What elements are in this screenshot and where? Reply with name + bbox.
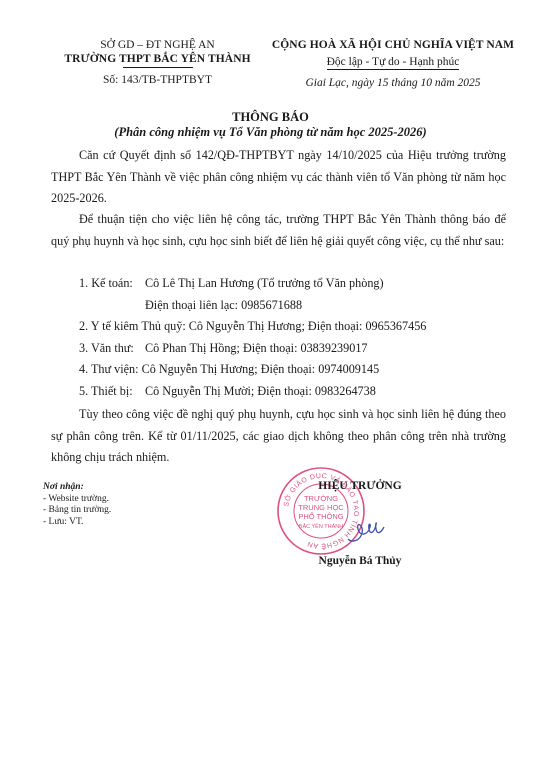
assignment-label: 1. Kế toán:	[79, 273, 145, 295]
assignment-content: Cô Lê Thị Lan Hương (Tổ trưởng tổ Văn ph…	[145, 273, 384, 295]
assignment-label: 3. Văn thư:	[79, 338, 145, 360]
signature-block: HIỆU TRƯỞNG Nguyễn Bá Thủy	[290, 480, 430, 492]
signer-role: HIỆU TRƯỞNG	[290, 480, 430, 492]
header-left-rule	[123, 67, 193, 68]
assignment-label: 4. Thư viện:	[79, 359, 139, 381]
list-item: 3. Văn thư: Cô Phan Thị Hồng; Điện thoại…	[79, 338, 499, 360]
recipient-item: - Bảng tin trường.	[43, 505, 111, 517]
nation-name: CỘNG HOÀ XÃ HỘI CHỦ NGHĨA VIỆT NAM	[258, 38, 528, 52]
stamp-line: PHỔ THÔNG	[298, 512, 343, 521]
document-title: THÔNG BÁO	[0, 110, 541, 125]
department-name: SỞ GD – ĐT NGHỆ AN	[40, 38, 275, 52]
list-item-extra: Điện thoại liên lạc: 0985671688	[79, 295, 499, 317]
place-date: Giai Lạc, ngày 15 tháng 10 năm 2025	[258, 76, 528, 90]
paragraph-text: Căn cứ Quyết định số 142/QĐ-THPTBYT ngày…	[51, 148, 506, 205]
school-name: TRƯỜNG THPT BẮC YÊN THÀNH	[40, 52, 275, 66]
paragraph-note: Tùy theo công việc đề nghị quý phụ huynh…	[51, 404, 506, 469]
assignment-content: Cô Nguyễn Thị Hương; Điện thoại: 0974009…	[142, 359, 380, 381]
assignment-label: 2. Y tế kiêm	[79, 316, 138, 338]
assignment-content: Cô Nguyễn Thị Mười; Điện thoại: 09832647…	[145, 381, 376, 403]
document-number: Số: 143/TB-THPTBYT	[40, 73, 275, 87]
paragraph-text: Tùy theo công việc đề nghị quý phụ huynh…	[51, 407, 506, 464]
paragraph-text: Để thuận tiện cho việc liên hệ công tác,…	[51, 212, 506, 248]
recipient-item: - Website trường.	[43, 494, 111, 506]
recipients-block: Nơi nhận: - Website trường. - Bảng tin t…	[43, 482, 111, 528]
header-left: SỞ GD – ĐT NGHỆ AN TRƯỜNG THPT BẮC YÊN T…	[40, 38, 275, 87]
header-right: CỘNG HOÀ XÃ HỘI CHỦ NGHĨA VIỆT NAM Độc l…	[258, 38, 528, 90]
paragraph-purpose: Để thuận tiện cho việc liên hệ công tác,…	[51, 209, 506, 252]
list-item: 2. Y tế kiêm Thủ quỹ: Cô Nguyễn Thị Hươn…	[79, 316, 499, 338]
assignment-content: Cô Phan Thị Hồng; Điện thoại: 0383923901…	[145, 338, 368, 360]
paragraph-basis: Căn cứ Quyết định số 142/QĐ-THPTBYT ngày…	[51, 145, 506, 210]
list-item: 1. Kế toán: Cô Lê Thị Lan Hương (Tổ trưở…	[79, 273, 499, 295]
assignment-list: 1. Kế toán: Cô Lê Thị Lan Hương (Tổ trưở…	[79, 273, 499, 402]
national-motto: Độc lập - Tự do - Hạnh phúc	[327, 55, 460, 70]
assignment-content: Thủ quỹ: Cô Nguyễn Thị Hương; Điện thoại…	[141, 316, 426, 338]
recipients-heading: Nơi nhận:	[43, 482, 111, 494]
signature-scribble-icon	[346, 515, 386, 545]
document-subtitle: (Phân công nhiệm vụ Tổ Văn phòng từ năm …	[0, 125, 541, 140]
stamp-line: TRƯỜNG	[304, 494, 338, 503]
list-item: 5. Thiết bị: Cô Nguyễn Thị Mười; Điện th…	[79, 381, 499, 403]
recipient-item: - Lưu: VT.	[43, 517, 111, 529]
assignment-phone: Điện thoại liên lạc: 0985671688	[145, 295, 302, 317]
handwritten-signature	[346, 515, 386, 545]
stamp-line: TRUNG HỌC	[298, 503, 344, 512]
stamp-line: BẮC YÊN THÀNH	[299, 522, 343, 530]
signer-name: Nguyễn Bá Thủy	[290, 555, 430, 567]
list-item: 4. Thư viện: Cô Nguyễn Thị Hương; Điện t…	[79, 359, 499, 381]
assignment-label: 5. Thiết bị:	[79, 381, 145, 403]
